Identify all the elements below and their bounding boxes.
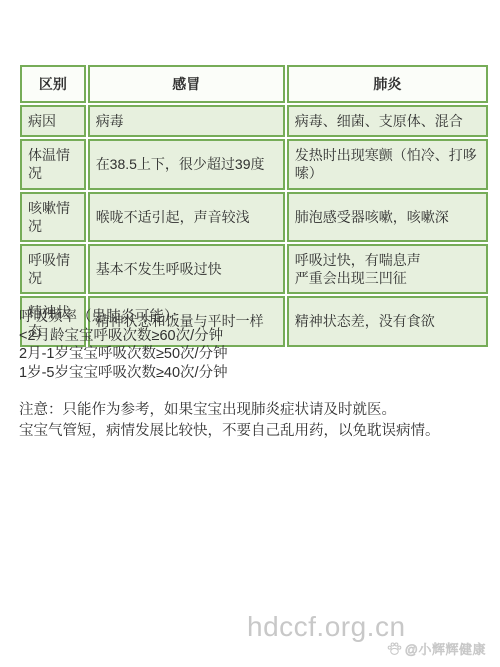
table-row-cough: 咳嗽情况 喉咙不适引起，声音较浅 肺泡感受器咳嗽，咳嗽深 [20,192,488,242]
note-line-1: 注意：只能作为参考，如果宝宝出现肺炎症状请及时就医。 [19,400,489,421]
site-watermark: hdccf.org.cn [247,611,406,643]
paw-icon [387,641,402,656]
cell-temperature-pneumonia: 发热时出现寒颤（怕冷、打哆嗦） [287,139,488,189]
cell-cough-pneumonia: 肺泡感受器咳嗽，咳嗽深 [287,192,488,242]
cold-vs-pneumonia-table: 区别 感冒 肺炎 病因 病毒 病毒、细菌、支原体、混合 体温情况 在38.5上下… [18,63,490,349]
table-row-breathing: 呼吸情况 基本不发生呼吸过快 呼吸过快，有喘息声 严重会出现三凹征 [20,244,488,294]
note-line-2: 宝宝气管短，病情发展比较快，不要自己乱用药，以免耽误病情。 [19,421,489,442]
cell-cause-pneumonia: 病毒、细菌、支原体、混合 [287,105,488,137]
table-row-temperature: 体温情况 在38.5上下，很少超过39度 发热时出现寒颤（怕冷、打哆嗦） [20,139,488,189]
breathing-rate-line-under-2-months: <2月龄宝宝呼吸次数≥60次/分钟 [19,327,481,346]
cell-breathing-pneumonia: 呼吸过快，有喘息声 严重会出现三凹征 [287,244,488,294]
notes-block: 注意：只能作为参考，如果宝宝出现肺炎症状请及时就医。 宝宝气管短，病情发展比较快… [19,400,489,441]
row-label-breathing: 呼吸情况 [20,244,86,294]
page: 区别 感冒 肺炎 病因 病毒 病毒、细菌、支原体、混合 体温情况 在38.5上下… [0,0,500,667]
row-label-temperature: 体温情况 [20,139,86,189]
cell-cough-cold: 喉咙不适引起，声音较浅 [88,192,285,242]
row-label-cause: 病因 [20,105,86,137]
header-cold: 感冒 [88,65,285,103]
cell-temperature-cold: 在38.5上下，很少超过39度 [88,139,285,189]
cell-breathing-cold: 基本不发生呼吸过快 [88,244,285,294]
table-header-row: 区别 感冒 肺炎 [20,65,488,103]
author-watermark-text: @小辉辉健康 [405,639,486,658]
breathing-rate-title: 呼吸频率（患肺炎可能）： [19,308,481,327]
breathing-rate-line-1y-to-5y: 1岁-5岁宝宝呼吸次数≥40次/分钟 [19,364,481,383]
cell-cause-cold: 病毒 [88,105,285,137]
row-label-cough: 咳嗽情况 [20,192,86,242]
breathing-rate-line-2m-to-1y: 2月-1岁宝宝呼吸次数≥50次/分钟 [19,345,481,364]
breathing-rate-block: 呼吸频率（患肺炎可能）： <2月龄宝宝呼吸次数≥60次/分钟 2月-1岁宝宝呼吸… [19,308,481,382]
header-pneumonia: 肺炎 [287,65,488,103]
author-watermark: @小辉辉健康 [387,639,486,658]
header-distinction: 区别 [20,65,86,103]
table-row-cause: 病因 病毒 病毒、细菌、支原体、混合 [20,105,488,137]
